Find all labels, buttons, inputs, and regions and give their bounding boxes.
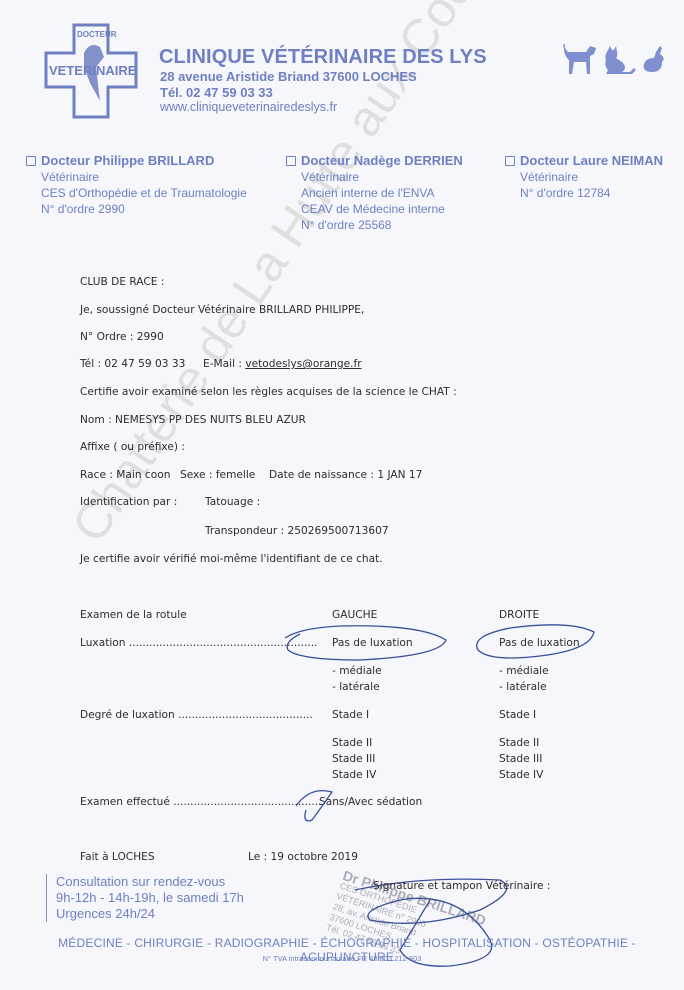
phone-line: Tél : 02 47 59 03 33 xyxy=(80,358,185,370)
doctor-column-neiman: Docteur Laure NEIMAN Vétérinaire N° d'or… xyxy=(505,153,663,201)
rabbit-icon xyxy=(644,46,664,72)
certify-line: Certifie avoir examiné selon les règles … xyxy=(80,386,457,398)
luxation-label: Luxation ...............................… xyxy=(80,637,317,649)
club-label: CLUB DE RACE : xyxy=(80,276,164,288)
right-lateral: - latérale xyxy=(499,681,547,693)
doctor-detail: N° d'ordre 2990 xyxy=(26,201,247,217)
birth-date: Date de naissance : 1 JAN 17 xyxy=(269,469,422,481)
email-link[interactable]: vetodeslys@orange.fr xyxy=(245,358,361,370)
doctor-name: Docteur Nadège DERRIEN xyxy=(301,153,463,169)
right-stage-1: Stade I xyxy=(499,709,536,721)
tattoo-label: Tatouage : xyxy=(205,496,260,508)
pen-annotations xyxy=(0,0,684,990)
checkbox-icon xyxy=(286,156,296,166)
svg-text:VETERINAIRE: VETERINAIRE xyxy=(49,63,137,78)
left-stage-3: Stade III xyxy=(332,753,375,765)
doctor-detail: Ancien interne de l'ENVA xyxy=(286,185,463,201)
exam-title: Examen de la rotule xyxy=(80,609,187,621)
checkbox-icon xyxy=(26,156,36,166)
doctor-column-brillard: Docteur Philippe BRILLARD Vétérinaire CE… xyxy=(26,153,247,217)
clinic-address: 28 avenue Aristide Briand 37600 LOCHES xyxy=(160,69,417,84)
doctor-column-derrien: Docteur Nadège DERRIEN Vétérinaire Ancie… xyxy=(286,153,463,233)
right-no-luxation: Pas de luxation xyxy=(499,637,580,649)
race-line: Race : Main coon xyxy=(80,469,170,481)
right-medial: - médiale xyxy=(499,665,549,677)
dog-icon xyxy=(563,44,596,74)
doctor-name: Docteur Philippe BRILLARD xyxy=(41,153,214,169)
clinic-phone: Tél. 02 47 59 03 33 xyxy=(160,85,273,100)
hours-line: Consultation sur rendez-vous xyxy=(56,874,244,890)
order-number: N° Ordre : 2990 xyxy=(80,331,164,343)
cat-icon xyxy=(605,46,636,74)
doctor-detail: CES d'Orthopédie et de Traumatologie xyxy=(26,185,247,201)
animals-illustration xyxy=(560,42,670,76)
clinic-website: www.cliniqueveterinairedeslys.fr xyxy=(160,100,337,114)
tva-number: N° TVA intracommunautaire FR 48 803 212 … xyxy=(0,954,684,963)
email-line: E-Mail : vetodeslys@orange.fr xyxy=(203,358,362,370)
right-stage-4: Stade IV xyxy=(499,769,543,781)
affix-line: Affixe ( ou préfixe) : xyxy=(80,441,185,453)
left-medial: - médiale xyxy=(332,665,382,677)
sex-line: Sexe : femelle xyxy=(180,469,255,481)
hours-line: 9h-12h - 14h-19h, le samedi 17h xyxy=(56,890,244,906)
left-lateral: - latérale xyxy=(332,681,380,693)
sedation-option: Sans/Avec sédation xyxy=(319,796,422,808)
checkbox-icon xyxy=(505,156,515,166)
left-stage-4: Stade IV xyxy=(332,769,376,781)
clinic-logo: DOCTEUR VETERINAIRE xyxy=(44,23,138,119)
transponder-line: Transpondeur : 250269500713607 xyxy=(205,525,389,537)
date: Le : 19 octobre 2019 xyxy=(248,851,358,863)
doctor-detail: Vétérinaire xyxy=(286,169,463,185)
right-stage-3: Stade III xyxy=(499,753,542,765)
signatory-line: Je, soussigné Docteur Vétérinaire BRILLA… xyxy=(80,304,364,316)
right-header: DROITE xyxy=(499,609,539,621)
doctor-detail: N° d'ordre 25568 xyxy=(286,217,463,233)
identification-label: Identification par : xyxy=(80,496,177,508)
left-no-luxation: Pas de luxation xyxy=(332,637,413,649)
left-stage-1: Stade I xyxy=(332,709,369,721)
doctor-detail: N° d'ordre 12784 xyxy=(505,185,663,201)
verify-line: Je certifie avoir vérifié moi-même l'ide… xyxy=(80,553,383,565)
cat-name: Nom : NEMESYS PP DES NUITS BLEU AZUR xyxy=(80,414,306,426)
email-label: E-Mail : xyxy=(203,358,245,370)
doctor-detail: Vétérinaire xyxy=(26,169,247,185)
hours-line: Urgences 24h/24 xyxy=(56,906,244,922)
svg-text:DOCTEUR: DOCTEUR xyxy=(77,30,117,39)
place: Fait à LOCHES xyxy=(80,851,155,863)
performed-label: Examen effectué ........................… xyxy=(80,796,325,808)
left-header: GAUCHE xyxy=(332,609,377,621)
doctor-detail: Vétérinaire xyxy=(505,169,663,185)
right-stage-2: Stade II xyxy=(499,737,539,749)
doctor-detail: CEAV de Médecine interne xyxy=(286,201,463,217)
doctor-name: Docteur Laure NEIMAN xyxy=(520,153,663,169)
clinic-name: CLINIQUE VÉTÉRINAIRE DES LYS xyxy=(159,46,487,69)
consultation-hours: Consultation sur rendez-vous 9h-12h - 14… xyxy=(46,874,244,922)
left-stage-2: Stade II xyxy=(332,737,372,749)
degree-label: Degré de luxation ......................… xyxy=(80,709,313,721)
